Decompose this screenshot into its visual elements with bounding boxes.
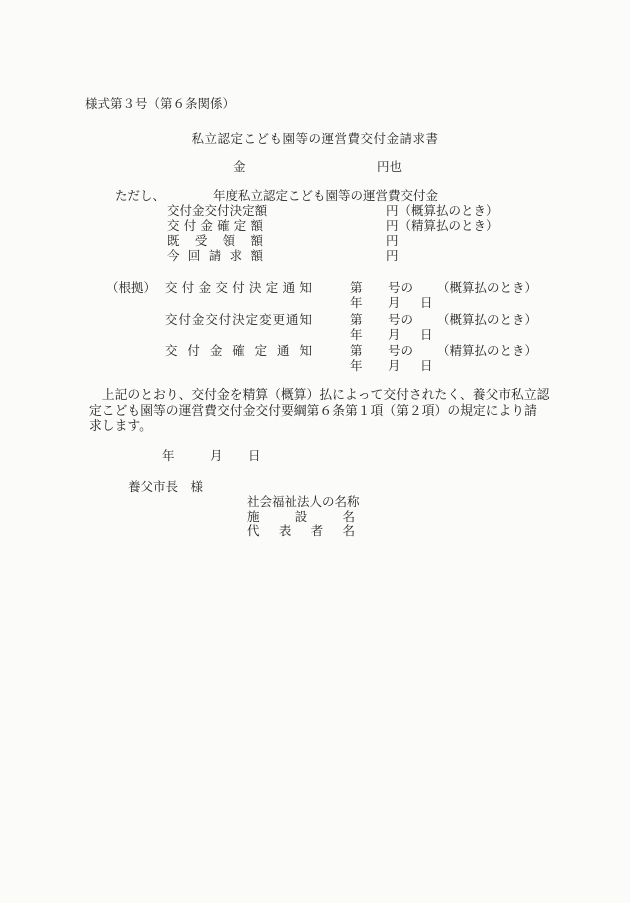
basis-row3-month: 月 (388, 358, 401, 374)
document-page: 様式第３号（第６条関係） 私立認定こども園等の運営費交付金請求書 金 円也 ただ… (0, 0, 630, 903)
basis-row1-year: 年 (350, 295, 363, 311)
basis-row2-month: 月 (388, 327, 401, 343)
basis-row3-number-suffix: 号の (388, 343, 413, 359)
basis-row3-year: 年 (350, 358, 363, 374)
body-paragraph-line-1: 上記のとおり、交付金を精算（概算）払によって交付されたく、養父市私立認 (89, 387, 549, 403)
basis-row1-number-suffix: 号の (388, 280, 413, 296)
body-paragraph-line-3: 求します。 (89, 418, 152, 434)
form-number: 様式第３号（第６条関係） (85, 96, 235, 112)
basis-row2-number-suffix: 号の (388, 312, 413, 328)
date-day-label: 日 (248, 448, 261, 464)
basis-row1-day: 日 (420, 295, 433, 311)
basis-row1-month: 月 (388, 295, 401, 311)
amount-currency-label: 金 (233, 159, 246, 175)
basis-row3-note: （精算払のとき） (437, 343, 537, 359)
basis-heading: （根拠） (106, 280, 156, 296)
proviso-lead: ただし、 (115, 188, 165, 204)
basis-row1-number-prefix: 第 (350, 280, 363, 296)
basis-row3-day: 日 (420, 358, 433, 374)
amount-row-label-decision: 交付金交付決定額 (167, 203, 263, 219)
basis-row3-number-prefix: 第 (350, 343, 363, 359)
amount-row-label-requested: 今回請求額 (167, 248, 263, 264)
amount-row-unit-fixed: 円（精算払のとき） (386, 218, 499, 234)
basis-row2-day: 日 (420, 327, 433, 343)
addressee: 養父市長 様 (128, 479, 203, 495)
amount-row-unit-decision: 円（概算払のとき） (386, 203, 499, 219)
page-title: 私立認定こども園等の運営費交付金請求書 (0, 131, 630, 147)
basis-row1-note: （概算払のとき） (437, 280, 537, 296)
body-paragraph-line-2: 定こども園等の運営費交付金交付要綱第６条第１項（第２項）の規定により請 (89, 403, 537, 419)
basis-row2-number-prefix: 第 (350, 312, 363, 328)
date-month-label: 月 (210, 448, 223, 464)
signer-corporation-label: 社会福祉法人の名称 (247, 494, 360, 510)
amount-row-unit-received: 円 (386, 233, 399, 249)
proviso-subject: 年度私立認定こども園等の運営費交付金 (213, 188, 438, 204)
signer-representative-label: 代表者名 (247, 523, 355, 539)
basis-row2-note: （概算払のとき） (437, 312, 537, 328)
basis-row2-label: 交付金交付決定変更通知 (165, 312, 312, 328)
amount-row-label-fixed: 交付金確定額 (167, 218, 263, 234)
amount-row-unit-requested: 円 (386, 248, 399, 264)
basis-row3-label: 交付金確定通知 (165, 343, 312, 359)
basis-row1-label: 交付金交付決定通知 (165, 280, 312, 296)
amount-row-label-received: 既受領額 (167, 233, 263, 249)
amount-unit-label: 円也 (377, 159, 402, 175)
basis-row2-year: 年 (350, 327, 363, 343)
date-year-label: 年 (162, 448, 175, 464)
